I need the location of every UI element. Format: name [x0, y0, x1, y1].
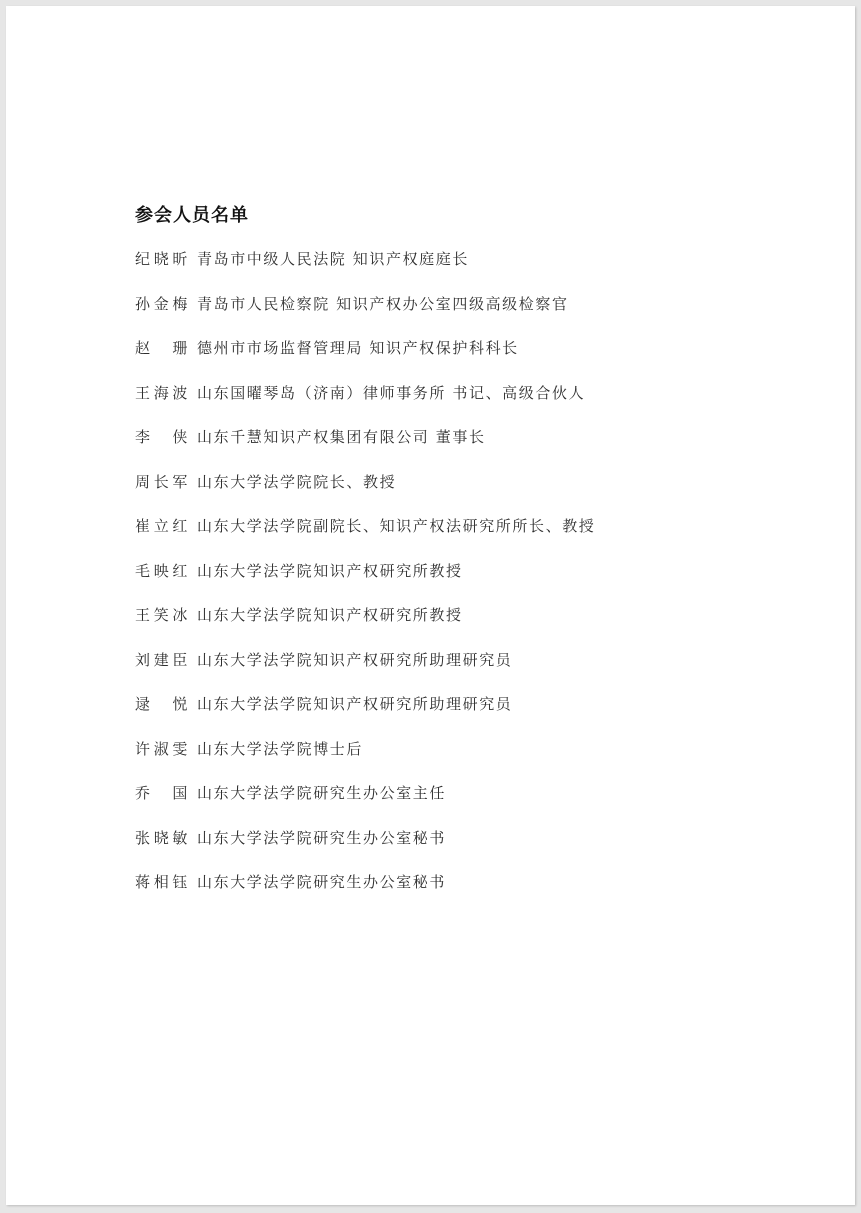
attendee-affiliation: 青岛市人民检察院 知识产权办公室四级高级检察官 [197, 295, 569, 313]
attendee-row: 乔 国山东大学法学院研究生办公室主任 [135, 782, 775, 827]
attendee-affiliation: 山东大学法学院研究生办公室主任 [197, 784, 446, 802]
attendee-name: 李 侠 [135, 426, 189, 448]
attendee-affiliation: 德州市市场监督管理局 知识产权保护科科长 [197, 339, 519, 357]
attendee-row: 李 侠山东千慧知识产权集团有限公司 董事长 [135, 426, 775, 471]
attendee-name: 周长军 [135, 471, 189, 493]
attendee-affiliation: 山东大学法学院知识产权研究所助理研究员 [197, 695, 512, 713]
attendee-name: 孙金梅 [135, 293, 189, 315]
attendee-row: 毛映红山东大学法学院知识产权研究所教授 [135, 560, 775, 605]
attendee-list-section: 参会人员名单 纪晓昕青岛市中级人民法院 知识产权庭庭长 孙金梅青岛市人民检察院 … [135, 202, 775, 916]
attendee-affiliation: 青岛市中级人民法院 知识产权庭庭长 [197, 250, 469, 268]
attendee-row: 蒋相钰山东大学法学院研究生办公室秘书 [135, 871, 775, 916]
attendee-row: 崔立红山东大学法学院副院长、知识产权法研究所所长、教授 [135, 515, 775, 560]
attendee-row: 周长军山东大学法学院院长、教授 [135, 471, 775, 516]
attendee-name: 蒋相钰 [135, 871, 189, 893]
attendee-row: 王笑冰山东大学法学院知识产权研究所教授 [135, 604, 775, 649]
attendee-name: 崔立红 [135, 515, 189, 537]
attendee-row: 刘建臣山东大学法学院知识产权研究所助理研究员 [135, 649, 775, 694]
attendee-affiliation: 山东大学法学院知识产权研究所助理研究员 [197, 651, 512, 669]
attendee-name: 王海波 [135, 382, 189, 404]
attendee-name: 刘建臣 [135, 649, 189, 671]
attendee-name: 张晓敏 [135, 827, 189, 849]
attendee-affiliation: 山东大学法学院研究生办公室秘书 [197, 829, 446, 847]
attendee-row: 逯 悦山东大学法学院知识产权研究所助理研究员 [135, 693, 775, 738]
attendee-affiliation: 山东大学法学院知识产权研究所教授 [197, 606, 463, 624]
attendee-row: 孙金梅青岛市人民检察院 知识产权办公室四级高级检察官 [135, 293, 775, 338]
attendee-name: 乔 国 [135, 782, 189, 804]
attendee-affiliation: 山东大学法学院院长、教授 [197, 473, 396, 491]
attendee-affiliation: 山东大学法学院副院长、知识产权法研究所所长、教授 [197, 517, 595, 535]
attendee-affiliation: 山东国曜琴岛（济南）律师事务所 书记、高级合伙人 [197, 384, 585, 402]
attendee-name: 纪晓昕 [135, 248, 189, 270]
attendee-name: 王笑冰 [135, 604, 189, 626]
attendee-row: 张晓敏山东大学法学院研究生办公室秘书 [135, 827, 775, 872]
attendee-affiliation: 山东千慧知识产权集团有限公司 董事长 [197, 428, 486, 446]
attendee-name: 许淑雯 [135, 738, 189, 760]
attendee-affiliation: 山东大学法学院知识产权研究所教授 [197, 562, 463, 580]
attendee-affiliation: 山东大学法学院博士后 [197, 740, 363, 758]
page-title: 参会人员名单 [135, 202, 775, 230]
attendee-row: 纪晓昕青岛市中级人民法院 知识产权庭庭长 [135, 248, 775, 293]
attendee-name: 赵 珊 [135, 337, 189, 359]
attendee-row: 许淑雯山东大学法学院博士后 [135, 738, 775, 783]
attendee-name: 逯 悦 [135, 693, 189, 715]
document-page: 参会人员名单 纪晓昕青岛市中级人民法院 知识产权庭庭长 孙金梅青岛市人民检察院 … [6, 6, 855, 1205]
attendee-row: 王海波山东国曜琴岛（济南）律师事务所 书记、高级合伙人 [135, 382, 775, 427]
attendee-affiliation: 山东大学法学院研究生办公室秘书 [197, 873, 446, 891]
attendee-row: 赵 珊德州市市场监督管理局 知识产权保护科科长 [135, 337, 775, 382]
attendee-name: 毛映红 [135, 560, 189, 582]
